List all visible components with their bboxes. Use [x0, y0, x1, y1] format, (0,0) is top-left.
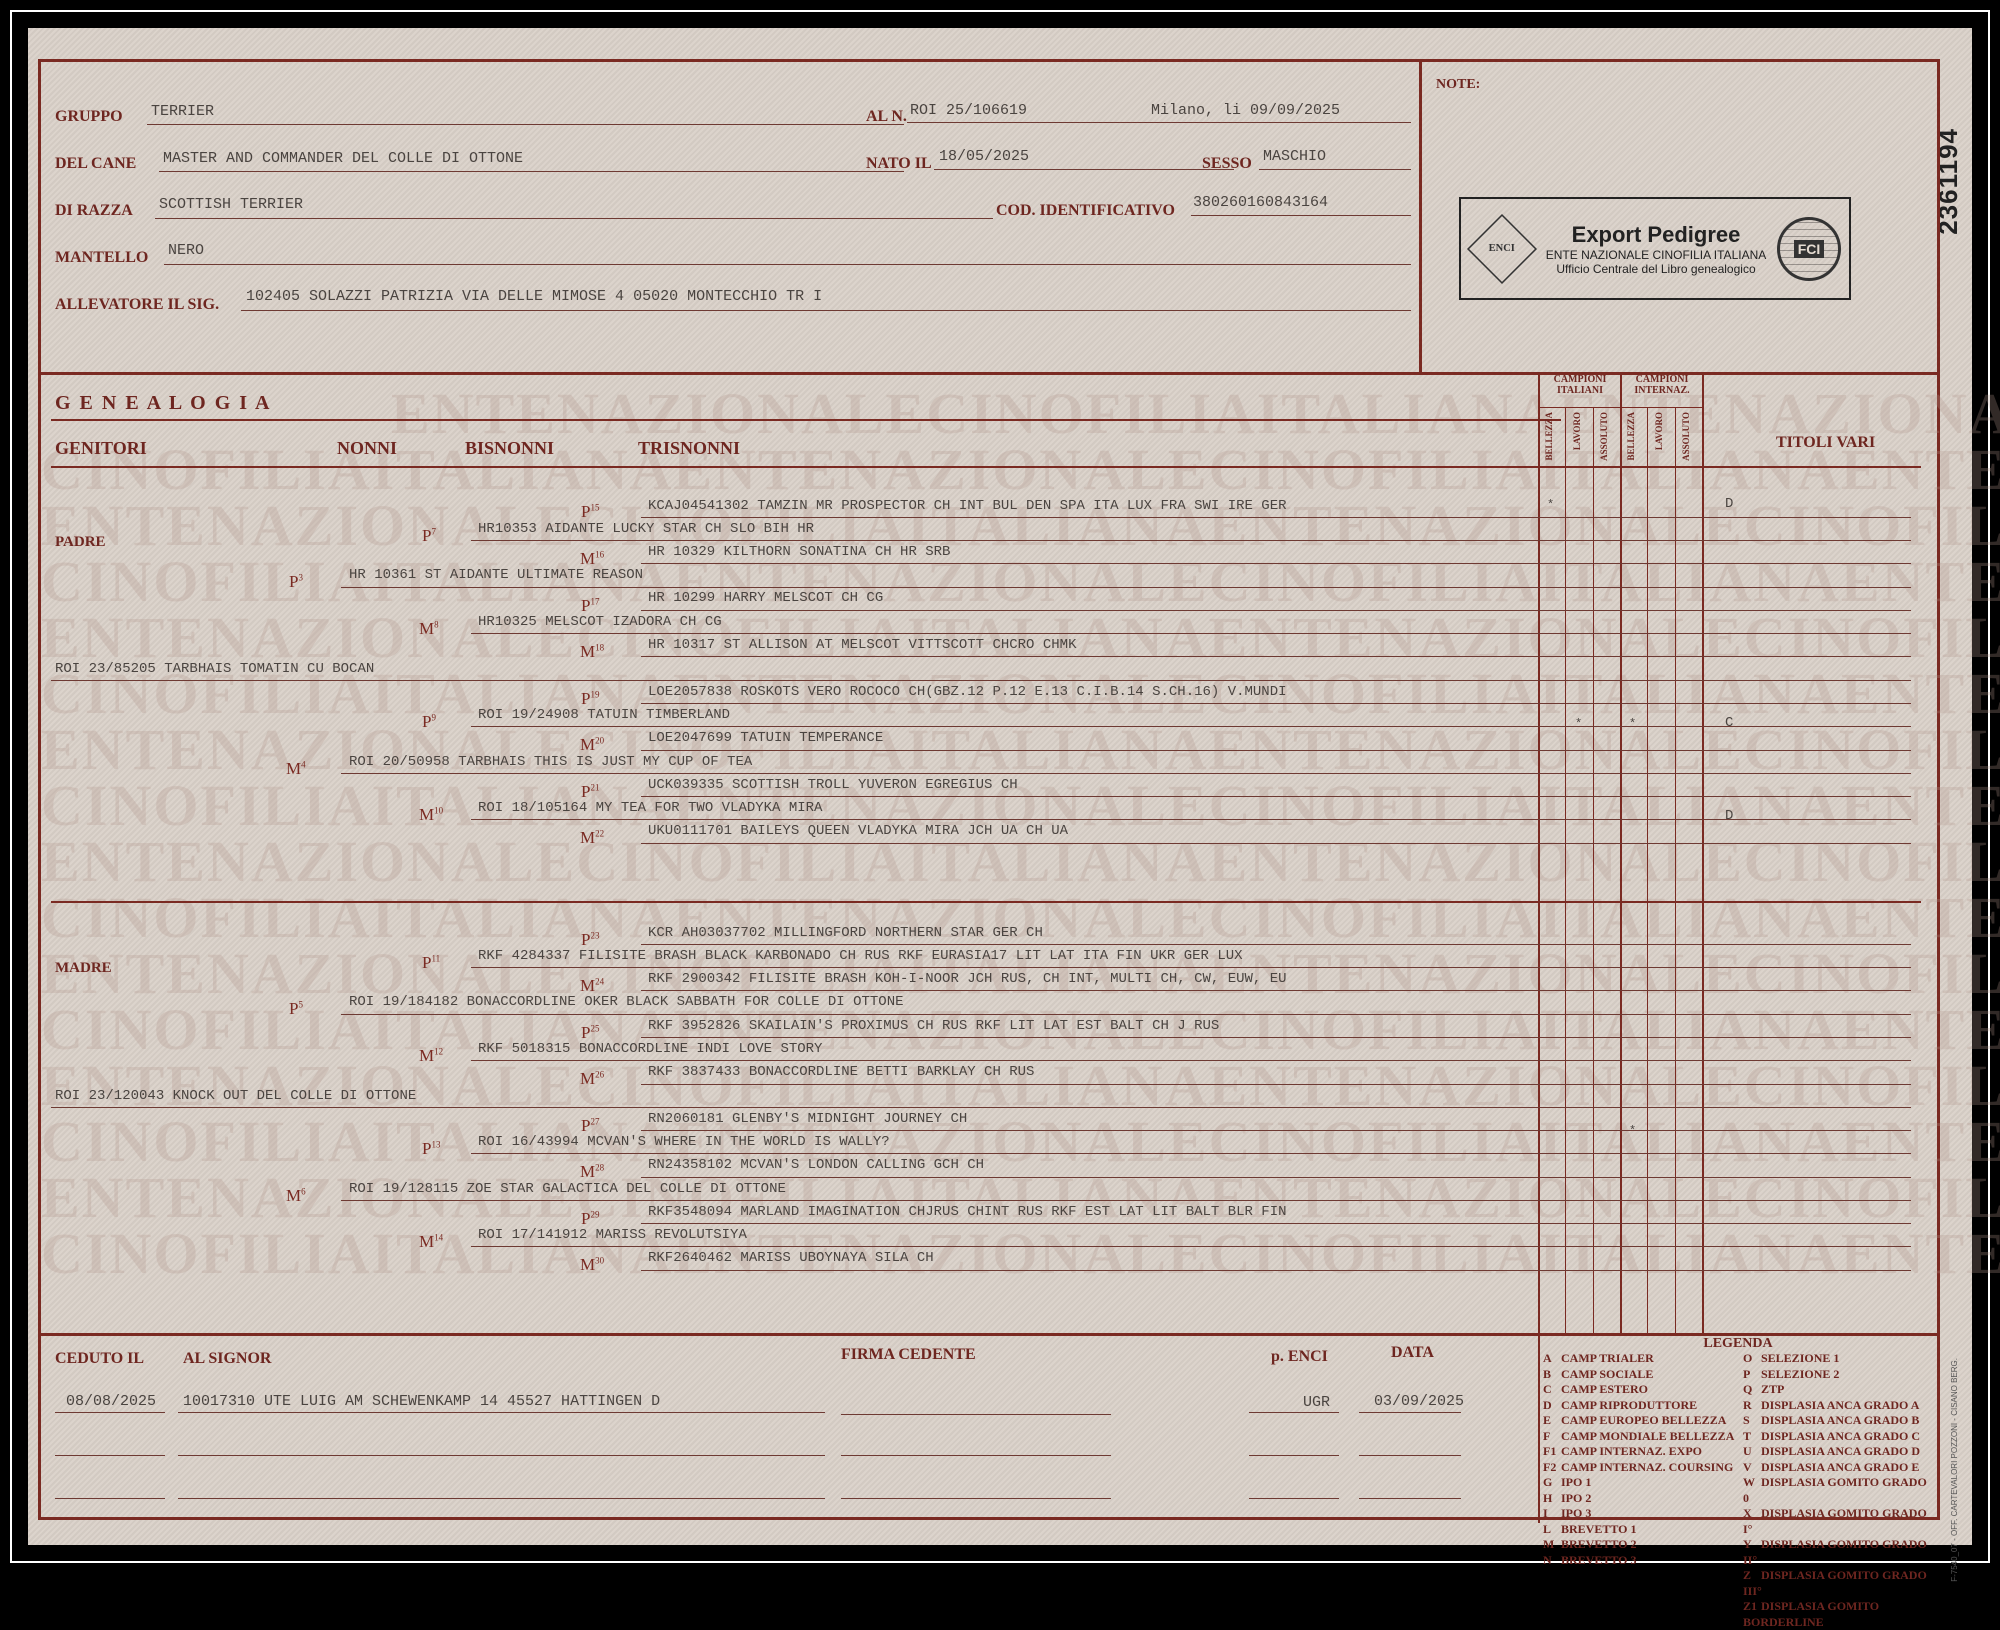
trisnonno-p21: UCK039335 SCOTTISH TROLL YUVERON EGREGIU…: [648, 777, 1018, 793]
trisnonno-m30: RKF2640462 MARISS UBOYNAYA SILA CH: [648, 1250, 934, 1266]
trisnonno-p27: RN2060181 GLENBY'S MIDNIGHT JOURNEY CH: [648, 1111, 967, 1127]
trisnonno-m18: HR 10317 ST ALLISON AT MELSCOT VITTSCOTT…: [648, 637, 1076, 653]
bisnonno-p7: HR10353 AIDANTE LUCKY STAR CH SLO BIH HR: [478, 521, 814, 537]
underline: [147, 124, 904, 125]
sesso-value: MASCHIO: [1263, 148, 1326, 165]
mark-m14: M14: [419, 1232, 443, 1252]
trisnonno-m24: RKF 2900342 FILISITE BRASH KOH-I-NOOR JC…: [648, 971, 1287, 987]
underline: [1191, 215, 1411, 216]
legenda-left: ACAMP TRIALER BCAMP SOCIALE CCAMP ESTERO…: [1543, 1351, 1743, 1573]
stamp-line-2: Ufficio Centrale del Libro genealogico: [1546, 262, 1767, 276]
legend-item: ZDISPLASIA GOMITO GRADO III°: [1743, 1568, 1933, 1573]
mark-m4: M4: [286, 759, 306, 779]
legend-item: HIPO 2: [1543, 1491, 1743, 1507]
col-int-lavoro: LAVORO: [1654, 412, 1664, 464]
watermark-row: CINOFILIAITALIANAENTENAZIONALECINOFILIAI…: [41, 1220, 2000, 1287]
underline: [641, 1270, 1911, 1271]
campioni-italiani-header: CAMPIONI ITALIANI: [1540, 374, 1620, 396]
underline: [641, 703, 1911, 704]
nonno-m4: ROI 20/50958 TARBHAIS THIS IS JUST MY CU…: [349, 754, 752, 770]
padre-name: ROI 23/85205 TARBHAIS TOMATIN CU BOCAN: [55, 661, 374, 677]
enci-emblem-icon: ENCI: [1467, 213, 1537, 283]
underline: [641, 990, 1911, 991]
titoli-m10: D: [1725, 808, 1733, 824]
underline: [471, 540, 1911, 541]
legend-item: LBREVETTO 1: [1543, 1522, 1743, 1538]
col-nonni: NONNI: [337, 438, 397, 459]
mark-p29: P29: [581, 1209, 599, 1229]
divider: [1419, 62, 1422, 372]
underline: [934, 169, 1234, 170]
trisnonno-p29: RKF3548094 MARLAND IMAGINATION CHJRUS CH…: [648, 1204, 1287, 1220]
sesso-label: SESSO: [1202, 155, 1252, 173]
underline: [1259, 169, 1411, 170]
trisnonno-p25: RKF 3952826 SKAILAIN'S PROXIMUS CH RUS R…: [648, 1018, 1219, 1034]
grid-line: [1675, 407, 1676, 1333]
p-enci-label: p. ENCI: [1271, 1348, 1328, 1366]
underline: [471, 967, 1911, 968]
nonno-p3: HR 10361 ST AIDANTE ULTIMATE REASON: [349, 567, 643, 583]
underline: [471, 1153, 1911, 1154]
legend-item: BCAMP SOCIALE: [1543, 1367, 1743, 1383]
madre-label: MADRE: [55, 960, 112, 977]
legend-item: QZTP: [1743, 1382, 1933, 1398]
legend-item: DCAMP RIPRODUTTORE: [1543, 1398, 1743, 1414]
pedigree-document: 2361194 F-7540_07 - OFF. CARTEVALORI POZ…: [28, 28, 1972, 1545]
allevatore-label: ALLEVATORE IL SIG.: [55, 296, 219, 314]
mark-p7: P7: [422, 526, 436, 546]
underline: [641, 1084, 1911, 1085]
empty-line: [841, 1498, 1111, 1499]
mark-m26: M26: [580, 1069, 604, 1089]
legend-item: ACAMP TRIALER: [1543, 1351, 1743, 1367]
empty-line: [178, 1455, 825, 1456]
titoli-p15: D: [1725, 496, 1733, 512]
underline: [641, 656, 1911, 657]
data-label: DATA: [1391, 1344, 1434, 1362]
underline: [641, 1130, 1911, 1131]
mark-m22: M22: [580, 828, 604, 848]
trisnonno-p15: KCAJ04541302 TAMZIN MR PROSPECTOR CH INT…: [648, 498, 1287, 514]
col-int-bellezza: BELLEZZA: [1626, 412, 1636, 464]
underline: [641, 750, 1911, 751]
stamp-title: Export Pedigree: [1546, 222, 1767, 248]
mark-int-bellezza-p9: *: [1629, 717, 1636, 731]
underline: [51, 1107, 1911, 1108]
rule: [51, 466, 1921, 468]
trisnonno-m20: LOE2047699 TATUIN TEMPERANCE: [648, 730, 883, 746]
bisnonno-p13: ROI 16/43994 MCVAN'S WHERE IN THE WORLD …: [478, 1134, 890, 1150]
mark-m28: M28: [580, 1162, 604, 1182]
nato-il-label: NATO IL: [866, 155, 932, 173]
mark-p19: P19: [581, 689, 599, 709]
legend-item: UDISPLASIA ANCA GRADO D: [1743, 1444, 1933, 1460]
mark-m12: M12: [419, 1046, 443, 1066]
del-cane-value: MASTER AND COMMANDER DEL COLLE DI OTTONE: [163, 150, 523, 167]
legend-item: NBREVETTO 3: [1543, 1553, 1743, 1569]
col-trisnonni: TRISNONNI: [638, 438, 740, 459]
trisnonno-p23: KCR AH03037702 MILLINGFORD NORTHERN STAR…: [648, 925, 1043, 941]
empty-line: [55, 1498, 165, 1499]
underline: [641, 1037, 1911, 1038]
col-int-assoluto: ASSOLUTO: [1681, 412, 1691, 464]
legenda-title: LEGENDA: [1543, 1336, 1933, 1351]
underline: [641, 843, 1911, 844]
fci-emblem-icon: FCI: [1777, 217, 1841, 281]
mark-p3: P3: [289, 572, 303, 592]
legend-item: MBREVETTO 2: [1543, 1537, 1743, 1553]
al-n-label: AL N.: [866, 108, 907, 126]
mantello-value: NERO: [168, 242, 204, 259]
mark-m10: M10: [419, 805, 443, 825]
mark-p9: P9: [422, 712, 436, 732]
underline: [1249, 1412, 1339, 1413]
underline: [341, 773, 1911, 774]
cod-value: 380260160843164: [1193, 194, 1328, 211]
legend-item: OSELEZIONE 1: [1743, 1351, 1933, 1367]
mark-p5: P5: [289, 999, 303, 1019]
allevatore-value: 102405 SOLAZZI PATRIZIA VIA DELLE MIMOSE…: [246, 288, 822, 305]
underline: [1359, 1412, 1461, 1413]
underline: [471, 1060, 1911, 1061]
legend-item: YDISPLASIA GOMITO GRADO II°: [1743, 1537, 1933, 1568]
trisnonno-m26: RKF 3837433 BONACCORDLINE BETTI BARKLAY …: [648, 1064, 1034, 1080]
firma-cedente-label: FIRMA CEDENTE: [841, 1346, 976, 1364]
underline: [641, 610, 1911, 611]
mark-p17: P17: [581, 596, 599, 616]
cod-label: COD. IDENTIFICATIVO: [996, 202, 1175, 220]
ceduto-il-label: CEDUTO IL: [55, 1350, 144, 1368]
legend-item: TDISPLASIA ANCA GRADO C: [1743, 1429, 1933, 1445]
col-it-lavoro: LAVORO: [1572, 412, 1582, 464]
gruppo-value: TERRIER: [151, 103, 214, 120]
ceduto-il-value: 08/08/2025: [66, 1393, 156, 1410]
mark-it-bellezza-p15: *: [1547, 498, 1554, 512]
padre-madre-divider: [51, 901, 1921, 903]
grid-line: [1647, 407, 1648, 1333]
underline: [907, 122, 1411, 123]
col-bisnonni: BISNONNI: [465, 438, 554, 459]
empty-line: [841, 1455, 1111, 1456]
underline: [471, 1246, 1911, 1247]
bisnonno-p9: ROI 19/24908 TATUIN TIMBERLAND: [478, 707, 730, 723]
empty-line: [1249, 1455, 1339, 1456]
underline: [471, 819, 1911, 820]
legend-item: WDISPLASIA GOMITO GRADO 0: [1743, 1475, 1933, 1506]
p-enci-value: UGR: [1303, 1394, 1330, 1411]
mark-m18: M18: [580, 642, 604, 662]
nonno-p5: ROI 19/184182 BONACCORDLINE OKER BLACK S…: [349, 994, 904, 1010]
campioni-internaz-header: CAMPIONI INTERNAZ.: [1622, 374, 1702, 396]
del-cane-label: DEL CANE: [55, 155, 136, 173]
al-signor-value: 10017310 UTE LUIG AM SCHEWENKAMP 14 4552…: [183, 1393, 660, 1410]
underline: [178, 1412, 825, 1413]
underline: [155, 218, 993, 219]
divider: [1538, 1333, 1540, 1523]
empty-line: [55, 1455, 165, 1456]
underline: [471, 726, 1911, 727]
empty-line: [1249, 1498, 1339, 1499]
mantello-label: MANTELLO: [55, 249, 148, 267]
legend-item: IIPO 3: [1543, 1506, 1743, 1522]
mark-p11: P11: [422, 953, 440, 973]
underline: [641, 1177, 1911, 1178]
trisnonno-m16: HR 10329 KILTHORN SONATINA CH HR SRB: [648, 544, 950, 560]
nonno-m6: ROI 19/128115 ZOE STAR GALACTICA DEL COL…: [349, 1181, 786, 1197]
legend-item: F2CAMP INTERNAZ. COURSING: [1543, 1460, 1743, 1476]
underline: [159, 171, 904, 172]
underline: [471, 633, 1911, 634]
place-date: Milano, li 09/09/2025: [1151, 102, 1340, 119]
data-value: 03/09/2025: [1374, 1393, 1464, 1410]
bisnonno-p11: RKF 4284337 FILISITE BRASH BLACK KARBONA…: [478, 948, 1243, 964]
firma-signature-line[interactable]: [841, 1414, 1111, 1415]
legenda-right: OSELEZIONE 1 PSELEZIONE 2 QZTP RDISPLASI…: [1743, 1351, 1933, 1573]
legend-item: FCAMP MONDIALE BELLEZZA: [1543, 1429, 1743, 1445]
mark-p21: P21: [581, 782, 599, 802]
underline: [641, 944, 1911, 945]
genealogia-title: G E N E A L O G I A: [55, 392, 271, 415]
mark-p13: P13: [422, 1139, 440, 1159]
bisnonno-m10: ROI 18/105164 MY TEA FOR TWO VLADYKA MIR…: [478, 800, 822, 816]
grid-line: [1565, 407, 1566, 1333]
di-razza-value: SCOTTISH TERRIER: [159, 196, 303, 213]
underline: [51, 680, 1911, 681]
empty-line: [178, 1498, 825, 1499]
legend-item: GIPO 1: [1543, 1475, 1743, 1491]
trisnonno-m22: UKU0111701 BAILEYS QUEEN VLADYKA MIRA JC…: [648, 823, 1068, 839]
grid-line: [1538, 407, 1702, 408]
mark-m6: M6: [286, 1186, 306, 1206]
mark-p23: P23: [581, 930, 599, 950]
underline: [341, 1200, 1911, 1201]
titoli-p9: C: [1725, 715, 1733, 731]
underline: [341, 1014, 1911, 1015]
empty-line: [1359, 1455, 1461, 1456]
bisnonno-m14: ROI 17/141912 MARISS REVOLUTSIYA: [478, 1227, 747, 1243]
mark-p15: P15: [581, 502, 599, 522]
al-signor-label: AL SIGNOR: [183, 1350, 271, 1368]
col-it-bellezza: BELLEZZA: [1544, 412, 1554, 464]
export-pedigree-stamp: ENCI Export Pedigree ENTE NAZIONALE CINO…: [1459, 197, 1851, 300]
nato-il-value: 18/05/2025: [939, 148, 1029, 165]
legenda: LEGENDA ACAMP TRIALER BCAMP SOCIALE CCAM…: [1543, 1336, 1933, 1573]
pedigree-sheet: ENTENAZIONALECINOFILIAITALIANAENTENAZION…: [38, 59, 1940, 1520]
legend-item: SDISPLASIA ANCA GRADO B: [1743, 1413, 1933, 1429]
col-genitori: GENITORI: [55, 438, 147, 459]
mark-m16: M16: [580, 549, 604, 569]
mark-int-bellezza-p13: *: [1629, 1124, 1636, 1138]
stamp-line-1: ENTE NAZIONALE CINOFILIA ITALIANA: [1546, 248, 1767, 262]
underline: [641, 563, 1911, 564]
legend-item: XDISPLASIA GOMITO GRADO I°: [1743, 1506, 1933, 1537]
underline: [164, 264, 1411, 265]
col-it-assoluto: ASSOLUTO: [1599, 412, 1609, 464]
legend-item: CCAMP ESTERO: [1543, 1382, 1743, 1398]
titoli-vari-header: TITOLI VARI: [1776, 434, 1875, 452]
empty-line: [1359, 1498, 1461, 1499]
note-label: NOTE:: [1436, 77, 1480, 93]
underline: [241, 310, 1411, 311]
mark-m8: M8: [419, 619, 439, 639]
bisnonno-m12: RKF 5018315 BONACCORDLINE INDI LOVE STOR…: [478, 1041, 822, 1057]
legend-item: VDISPLASIA ANCA GRADO E: [1743, 1460, 1933, 1476]
form-code: F-7540_07 - OFF. CARTEVALORI POZZONI - C…: [1950, 1358, 1966, 1548]
underline: [341, 587, 1911, 588]
stamp-text: Export Pedigree ENTE NAZIONALE CINOFILIA…: [1546, 222, 1767, 276]
mark-p27: P27: [581, 1116, 599, 1136]
legenda-columns: ACAMP TRIALER BCAMP SOCIALE CCAMP ESTERO…: [1543, 1351, 1933, 1573]
rule: [51, 419, 1561, 421]
trisnonno-m28: RN24358102 MCVAN'S LONDON CALLING GCH CH: [648, 1157, 984, 1173]
underline: [641, 1223, 1911, 1224]
mark-m20: M20: [580, 735, 604, 755]
trisnonno-p17: HR 10299 HARRY MELSCOT CH CG: [648, 590, 883, 606]
mark-m24: M24: [580, 976, 604, 996]
trisnonno-p19: LOE2057838 ROSKOTS VERO ROCOCO CH(GBZ.12…: [648, 684, 1287, 700]
gruppo-label: GRUPPO: [55, 108, 123, 126]
legend-item: PSELEZIONE 2: [1743, 1367, 1933, 1383]
grid-line: [1593, 407, 1594, 1333]
underline: [641, 517, 1911, 518]
mark-it-lavoro-p9: *: [1575, 717, 1582, 731]
mark-p25: P25: [581, 1023, 599, 1043]
madre-name: ROI 23/120043 KNOCK OUT DEL COLLE DI OTT…: [55, 1088, 416, 1104]
al-n-value: ROI 25/106619: [910, 102, 1027, 119]
legend-item: F1CAMP INTERNAZ. EXPO: [1543, 1444, 1743, 1460]
di-razza-label: DI RAZZA: [55, 202, 133, 220]
legend-item: RDISPLASIA ANCA GRADO A: [1743, 1398, 1933, 1414]
underline: [641, 796, 1911, 797]
bisnonno-m8: HR10325 MELSCOT IZADORA CH CG: [478, 614, 722, 630]
padre-label: PADRE: [55, 534, 106, 551]
mark-m30: M30: [580, 1255, 604, 1275]
underline: [55, 1412, 165, 1413]
legend-item: ECAMP EUROPEO BELLEZZA: [1543, 1413, 1743, 1429]
